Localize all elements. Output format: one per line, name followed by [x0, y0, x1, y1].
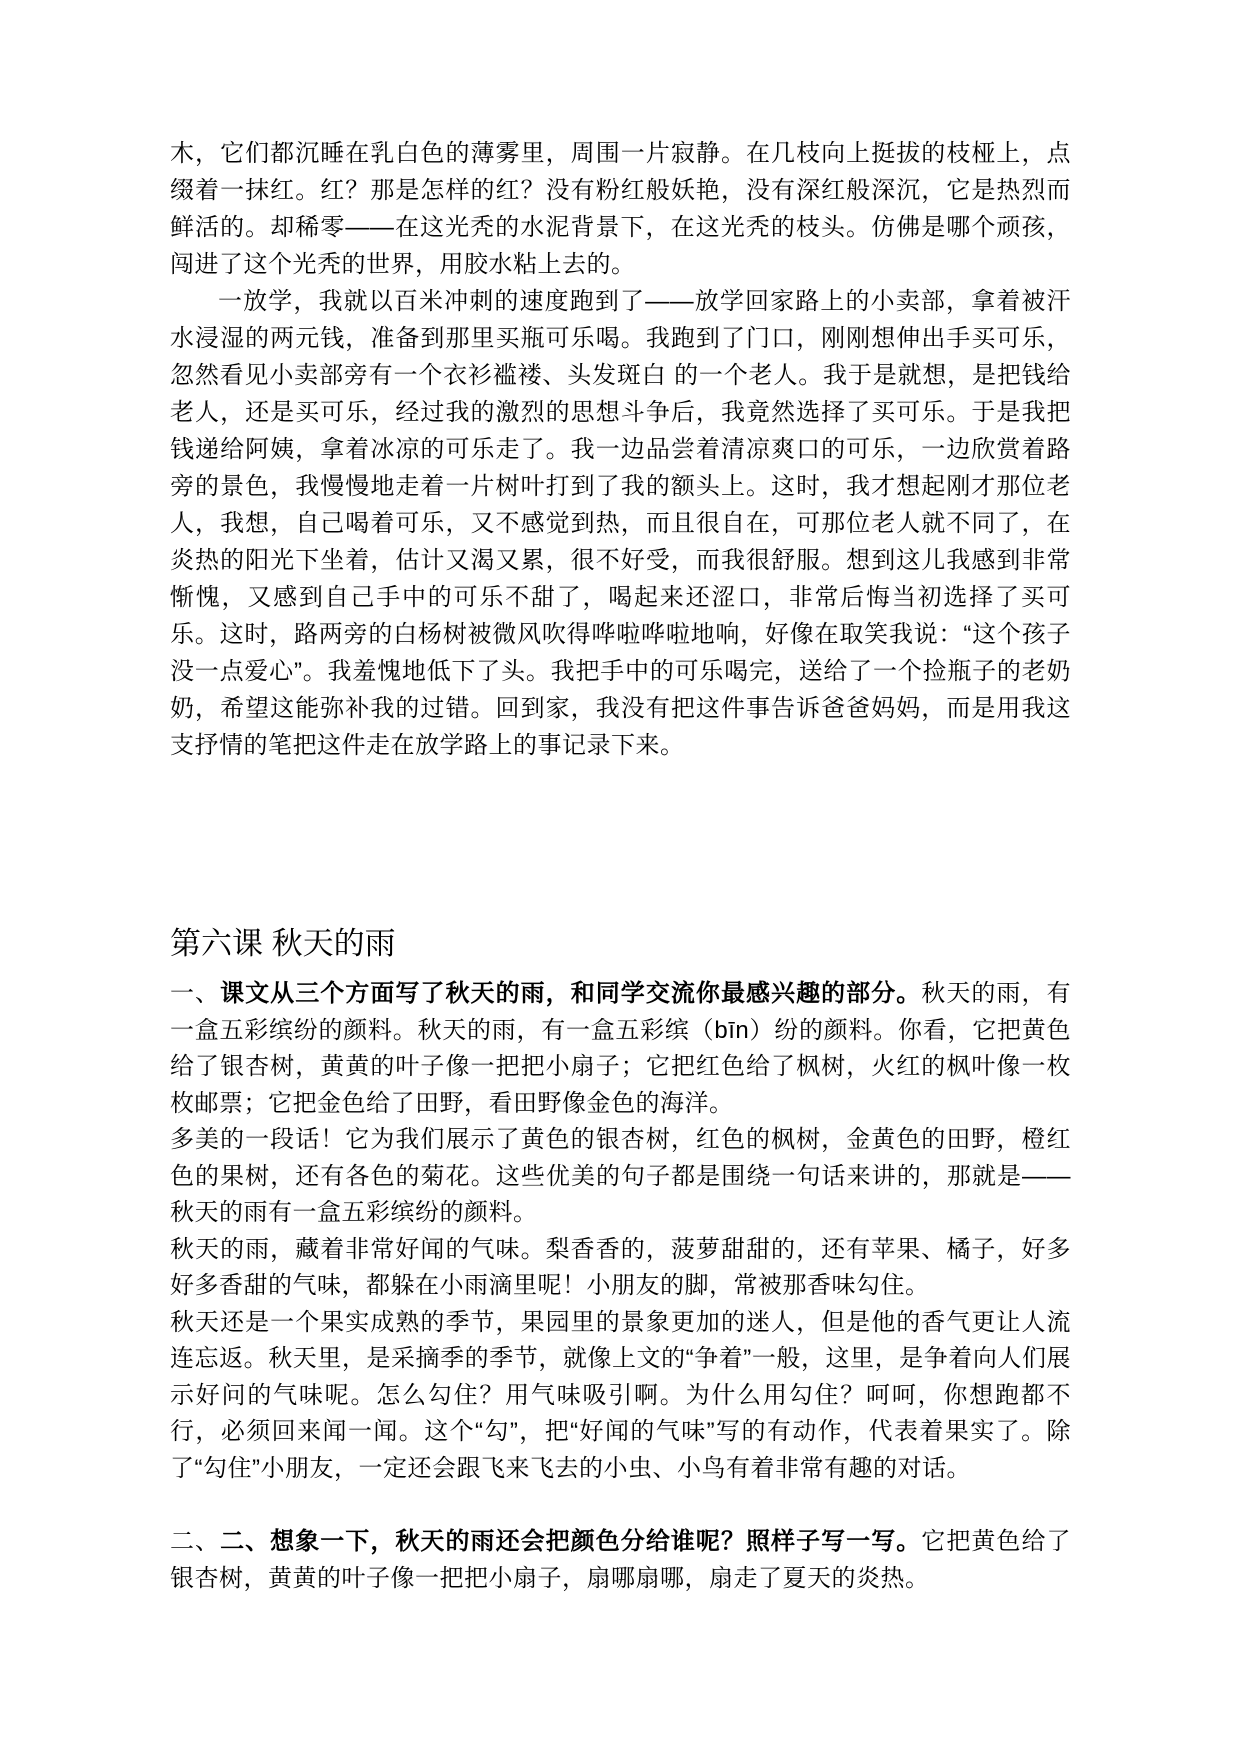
lesson-heading: 第六课 秋天的雨 [170, 922, 1071, 966]
document-page: 木，它们都沉睡在乳白色的薄雾里，周围一片寂静。在几枝向上挺拔的枝桠上，点缀着一抹… [0, 0, 1241, 1754]
paragraph-prefix: 一、 [170, 980, 220, 1007]
lesson-paragraph: 一、课文从三个方面写了秋天的雨，和同学交流你最感兴趣的部分。秋天的雨，有一盒五彩… [170, 976, 1071, 1122]
lesson-paragraph: 二、二、想象一下，秋天的雨还会把颜色分给谁呢？照样子写一写。它把黄色给了银杏树，… [170, 1524, 1071, 1597]
paragraph-prefix: 二、 [170, 1528, 220, 1555]
essay-section: 木，它们都沉睡在乳白色的薄雾里，周围一片寂静。在几枝向上挺拔的枝桠上，点缀着一抹… [170, 135, 1071, 764]
paragraph-bold-prompt: 课文从三个方面写了秋天的雨，和同学交流你最感兴趣的部分。 [220, 980, 921, 1007]
essay-paragraph: 一放学，我就以百米冲刺的速度跑到了——放学回家路上的小卖部，拿着被汗水浸湿的两元… [170, 283, 1071, 764]
paragraph-bold-prompt: 二、想象一下，秋天的雨还会把颜色分给谁呢？照样子写一写。 [220, 1528, 921, 1555]
lesson-paragraph: 多美的一段话！它为我们展示了黄色的银杏树，红色的枫树，金黄色的田野，橙红色的果树… [170, 1122, 1071, 1232]
essay-paragraph: 木，它们都沉睡在乳白色的薄雾里，周围一片寂静。在几枝向上挺拔的枝桠上，点缀着一抹… [170, 135, 1071, 283]
lesson-paragraph: 秋天还是一个果实成熟的季节，果园里的景象更加的迷人，但是他的香气更让人流连忘返。… [170, 1305, 1071, 1488]
lesson-section: 第六课 秋天的雨 一、课文从三个方面写了秋天的雨，和同学交流你最感兴趣的部分。秋… [170, 922, 1071, 1597]
lesson-paragraph: 秋天的雨，藏着非常好闻的气味。梨香香的，菠萝甜甜的，还有苹果、橘子，好多好多香甜… [170, 1232, 1071, 1305]
